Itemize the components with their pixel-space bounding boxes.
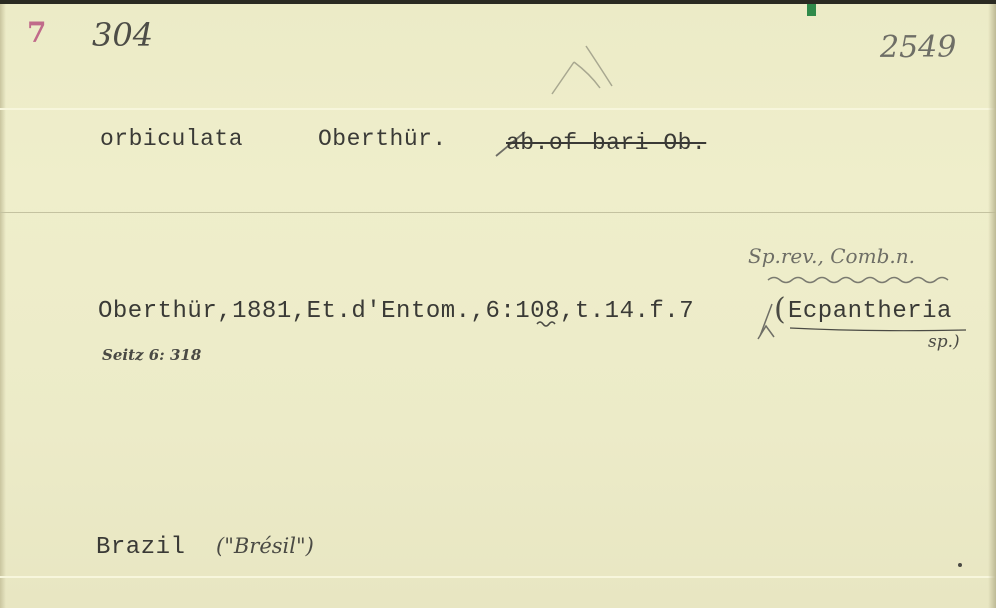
genus-open-paren: ( <box>774 292 786 327</box>
struck-note: ab.of bari Ob. <box>506 130 706 156</box>
taxon-name: orbiculata <box>100 126 243 152</box>
handwritten-annotation: Sp.rev., Comb.n. <box>748 244 915 268</box>
genus-suffix: sp.) <box>928 332 960 352</box>
genus-name: Ecpantheria <box>788 298 952 325</box>
locality-country: Brazil <box>96 534 185 561</box>
locality-original: ("Brésil") <box>216 534 314 558</box>
taxon-author: Oberthür. <box>318 126 447 152</box>
citation-text: Oberthür,1881,Et.d'Entom.,6:108,t.14.f.7 <box>98 298 694 325</box>
secondary-reference: Seitz 6: 318 <box>102 346 201 364</box>
index-card: 7 304 2549 orbiculata Oberthür. ab.of ba… <box>0 4 996 608</box>
